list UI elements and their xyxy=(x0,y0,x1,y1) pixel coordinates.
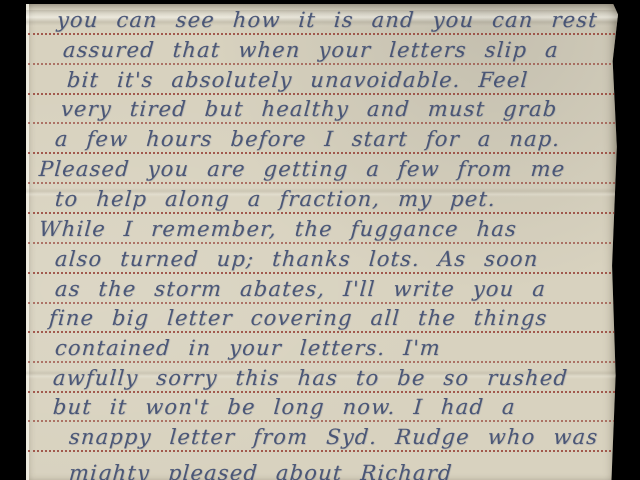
letter-paper: you can see how it is and you can rest a… xyxy=(26,4,618,480)
handwriting-line: a few hours before I start for a nap. xyxy=(54,125,561,153)
handwriting-line: but it won't be long now. I had a xyxy=(52,393,517,421)
handwriting-line: mighty pleased about Richard xyxy=(68,459,454,480)
handwriting-line: as the storm abates, I'll write you a xyxy=(54,275,547,303)
handwriting-line: While I remember, the fuggance has xyxy=(38,215,518,243)
handwriting-line: to help along a fraction, my pet. xyxy=(54,185,497,213)
handwriting-line: also turned up; thanks lots. As soon xyxy=(54,245,540,273)
handwriting-line: very tired but healthy and must grab xyxy=(60,95,558,123)
handwriting-line: assured that when your letters slip a xyxy=(62,36,560,64)
handwriting-line: snappy letter from Syd. Rudge who was xyxy=(68,423,599,451)
handwriting-line: contained in your letters. I'm xyxy=(54,334,442,362)
handwriting-line: Pleased you are getting a few from me xyxy=(38,155,566,183)
handwriting-line: you can see how it is and you can rest xyxy=(56,6,599,34)
handwriting-line: fine big letter covering all the things xyxy=(48,304,549,332)
photo-frame: you can see how it is and you can rest a… xyxy=(0,0,640,480)
handwriting-line: bit it's absolutely unavoidable. Feel xyxy=(66,66,529,94)
handwriting-line: awfully sorry this has to be so rushed xyxy=(52,364,569,392)
